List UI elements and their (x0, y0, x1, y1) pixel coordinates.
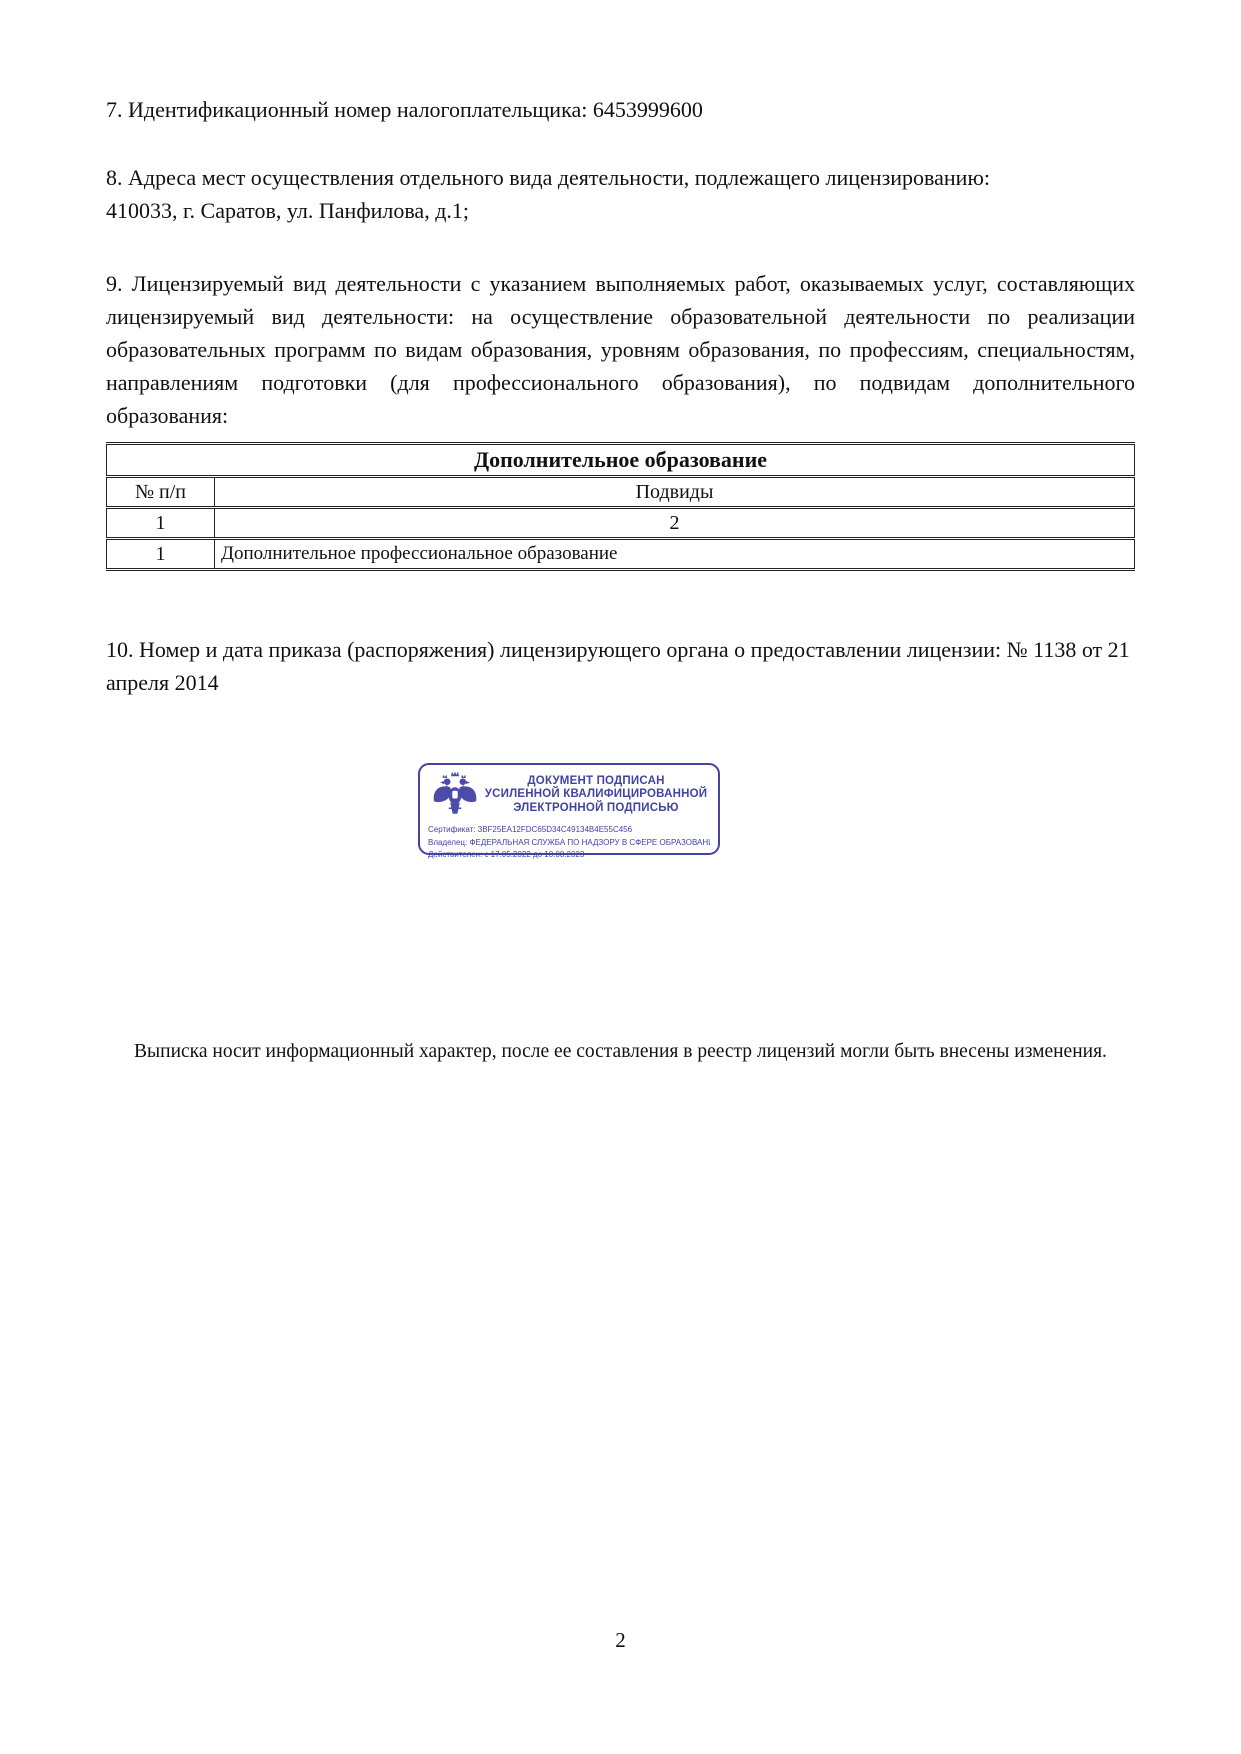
table-caption-row: Дополнительное образование (107, 444, 1135, 477)
stamp-validity: Действителен: с 17.05.2022 до 10.08.2023 (428, 849, 710, 862)
stamp-title-line3: ЭЛЕКТРОННОЙ ПОДПИСЬЮ (513, 802, 679, 814)
digital-signature-stamp: ДОКУМЕНТ ПОДПИСАН УСИЛЕННОЙ КВАЛИФИЦИРОВ… (418, 763, 720, 855)
table-row: 1 Дополнительное профессиональное образо… (107, 539, 1135, 570)
index-cell-2: 2 (215, 508, 1135, 539)
paragraph-7-inn: 7. Идентификационный номер налогоплатель… (106, 96, 1135, 123)
stamp-owner: Владелец: ФЕДЕРАЛЬНАЯ СЛУЖБА ПО НАДЗОРУ … (428, 837, 710, 850)
page-number: 2 (0, 1628, 1241, 1653)
stamp-title-line2: УСИЛЕННОЙ КВАЛИФИЦИРОВАННОЙ (485, 788, 707, 800)
table-title: Дополнительное образование (107, 444, 1135, 477)
column-header-subtypes: Подвиды (215, 477, 1135, 508)
table-index-row: 1 2 (107, 508, 1135, 539)
stamp-title: ДОКУМЕНТ ПОДПИСАН УСИЛЕННОЙ КВАЛИФИЦИРОВ… (482, 775, 710, 816)
row-number-cell: 1 (107, 539, 215, 570)
paragraph-10-order: 10. Номер и дата приказа (распоряжения) … (106, 633, 1135, 699)
paragraph-8-addresses: 8. Адреса мест осуществления отдельного … (106, 161, 1135, 227)
column-header-number: № п/п (107, 477, 215, 508)
stamp-details: Сертификат: 3BF25EA12FDC65D34C49134B4E55… (428, 824, 710, 862)
additional-education-table: Дополнительное образование № п/п Подвиды… (106, 442, 1135, 571)
document-page: 7. Идентификационный номер налогоплатель… (0, 0, 1241, 1754)
footer-note: Выписка носит информационный характер, п… (106, 1041, 1135, 1063)
russian-eagle-emblem-icon (428, 770, 482, 820)
stamp-certificate: Сертификат: 3BF25EA12FDC65D34C49134B4E55… (428, 824, 710, 837)
paragraph-9-activity: 9. Лицензируемый вид деятельности с указ… (106, 267, 1135, 432)
row-subtype-cell: Дополнительное профессиональное образова… (215, 539, 1135, 570)
paragraph-8-address: 410033, г. Саратов, ул. Панфилова, д.1; (106, 198, 469, 223)
stamp-header: ДОКУМЕНТ ПОДПИСАН УСИЛЕННОЙ КВАЛИФИЦИРОВ… (428, 770, 710, 820)
index-cell-1: 1 (107, 508, 215, 539)
stamp-title-line1: ДОКУМЕНТ ПОДПИСАН (527, 775, 664, 787)
paragraph-8-heading: 8. Адреса мест осуществления отдельного … (106, 165, 990, 190)
table-header-row: № п/п Подвиды (107, 477, 1135, 508)
